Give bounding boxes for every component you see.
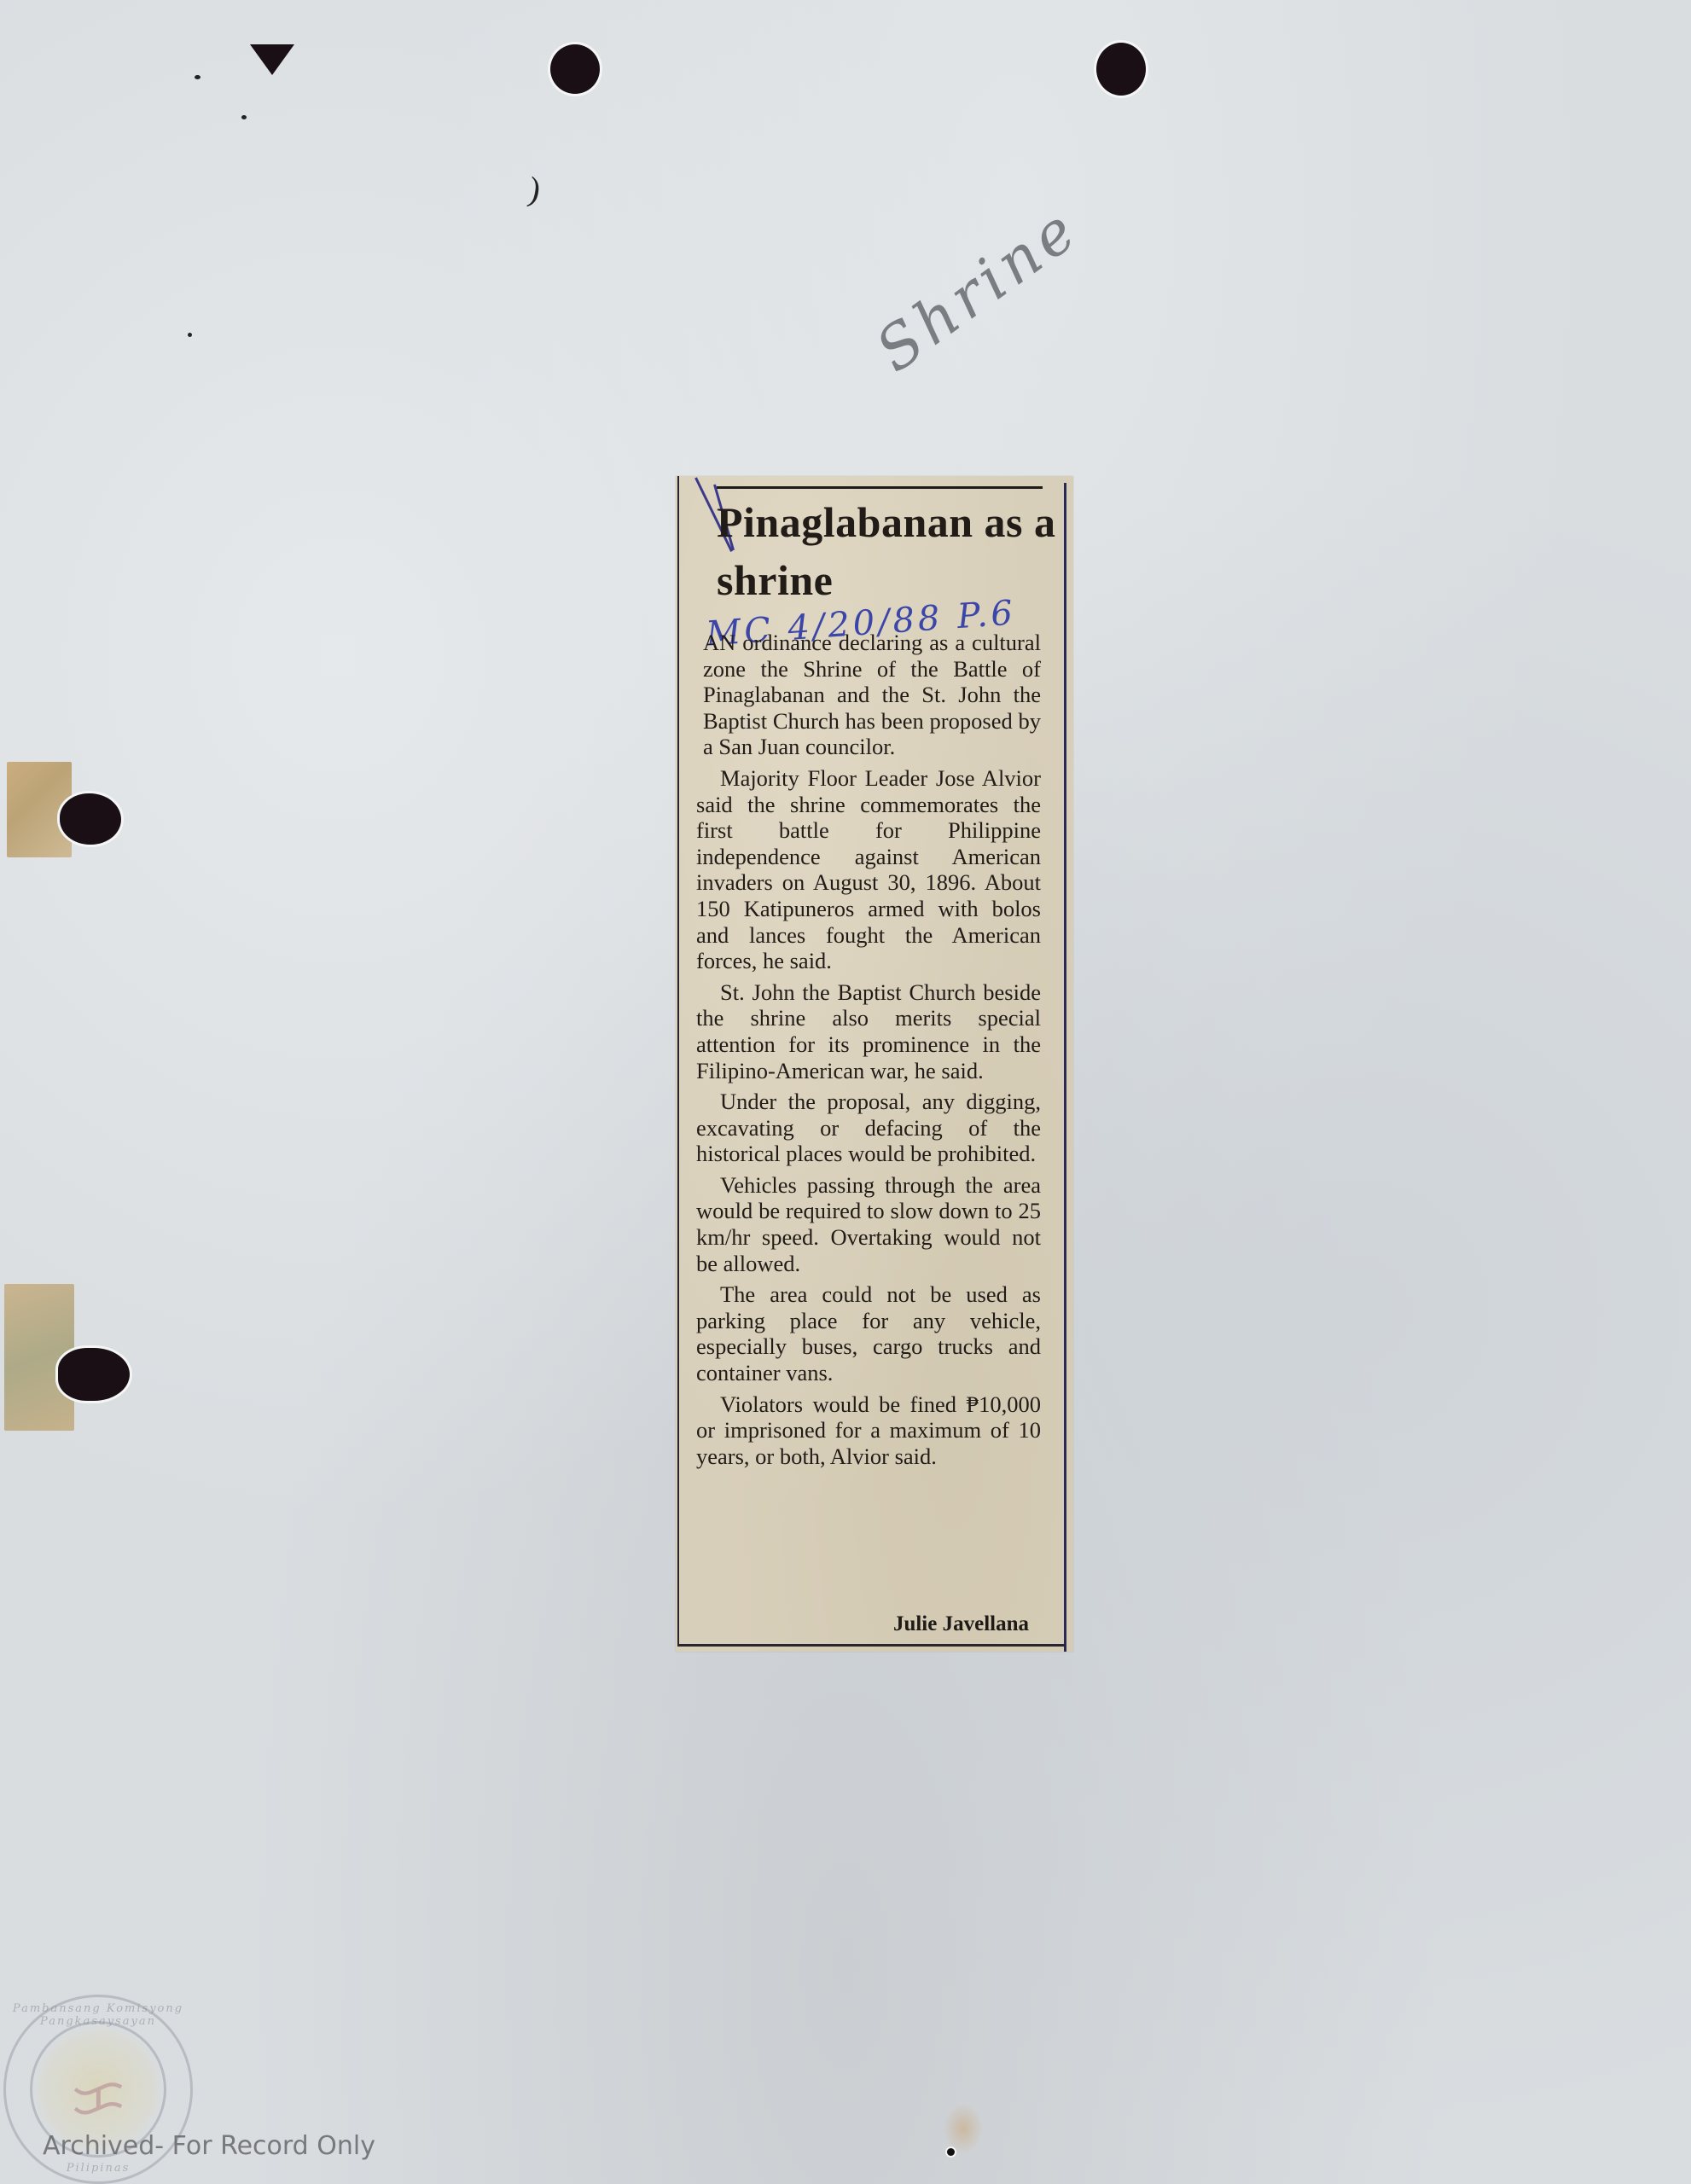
clipping-border — [1064, 483, 1066, 1652]
punch-hole-icon — [1096, 43, 1146, 96]
article-paragraph: St. John the Baptist Church beside the s… — [696, 979, 1041, 1083]
article-body: AN ordinance declaring as a cultural zon… — [696, 630, 1041, 1474]
binder-hole-icon — [60, 793, 121, 845]
archive-watermark: Archived- For Record Only — [43, 2131, 375, 2161]
clipping-border — [677, 476, 679, 1647]
headline: Pinaglabanan as a shrine — [717, 493, 1058, 609]
archival-sheet: ) Shrine Pinaglabanan as a shrine MC 4/2… — [0, 0, 1691, 2184]
headline-rule — [717, 486, 1043, 489]
newspaper-clipping: Pinaglabanan as a shrine MC 4/20/88 P.6 … — [676, 476, 1073, 1652]
binder-hole-icon — [58, 1348, 130, 1401]
article-paragraph: AN ordinance declaring as a cultural zon… — [696, 630, 1041, 760]
torn-hole-icon — [250, 44, 294, 75]
pinhole-icon — [947, 2148, 955, 2156]
article-paragraph: Violators would be fined ₱10,000 or impr… — [696, 1391, 1041, 1470]
article-paragraph: Under the proposal, any digging, excavat… — [696, 1089, 1041, 1167]
paper-stain — [943, 2103, 984, 2154]
byline: Julie Javellana — [893, 1612, 1029, 1636]
paper-speck — [188, 333, 192, 337]
article-paragraph: Vehicles passing through the area would … — [696, 1172, 1041, 1276]
margin-mark: ) — [526, 168, 543, 210]
seal-glyph: ᜃ — [32, 2058, 164, 2132]
seal-text-bottom: Pilipinas — [6, 2162, 190, 2175]
paper-speck — [241, 115, 247, 119]
paper-speck — [195, 75, 200, 79]
pencil-annotation: Shrine — [863, 193, 1092, 386]
article-paragraph: The area could not be used as parking pl… — [696, 1281, 1041, 1385]
article-paragraph: Majority Floor Leader Jose Alvior said t… — [696, 765, 1041, 974]
clipping-border — [677, 1644, 1065, 1647]
punch-hole-icon — [550, 44, 600, 94]
